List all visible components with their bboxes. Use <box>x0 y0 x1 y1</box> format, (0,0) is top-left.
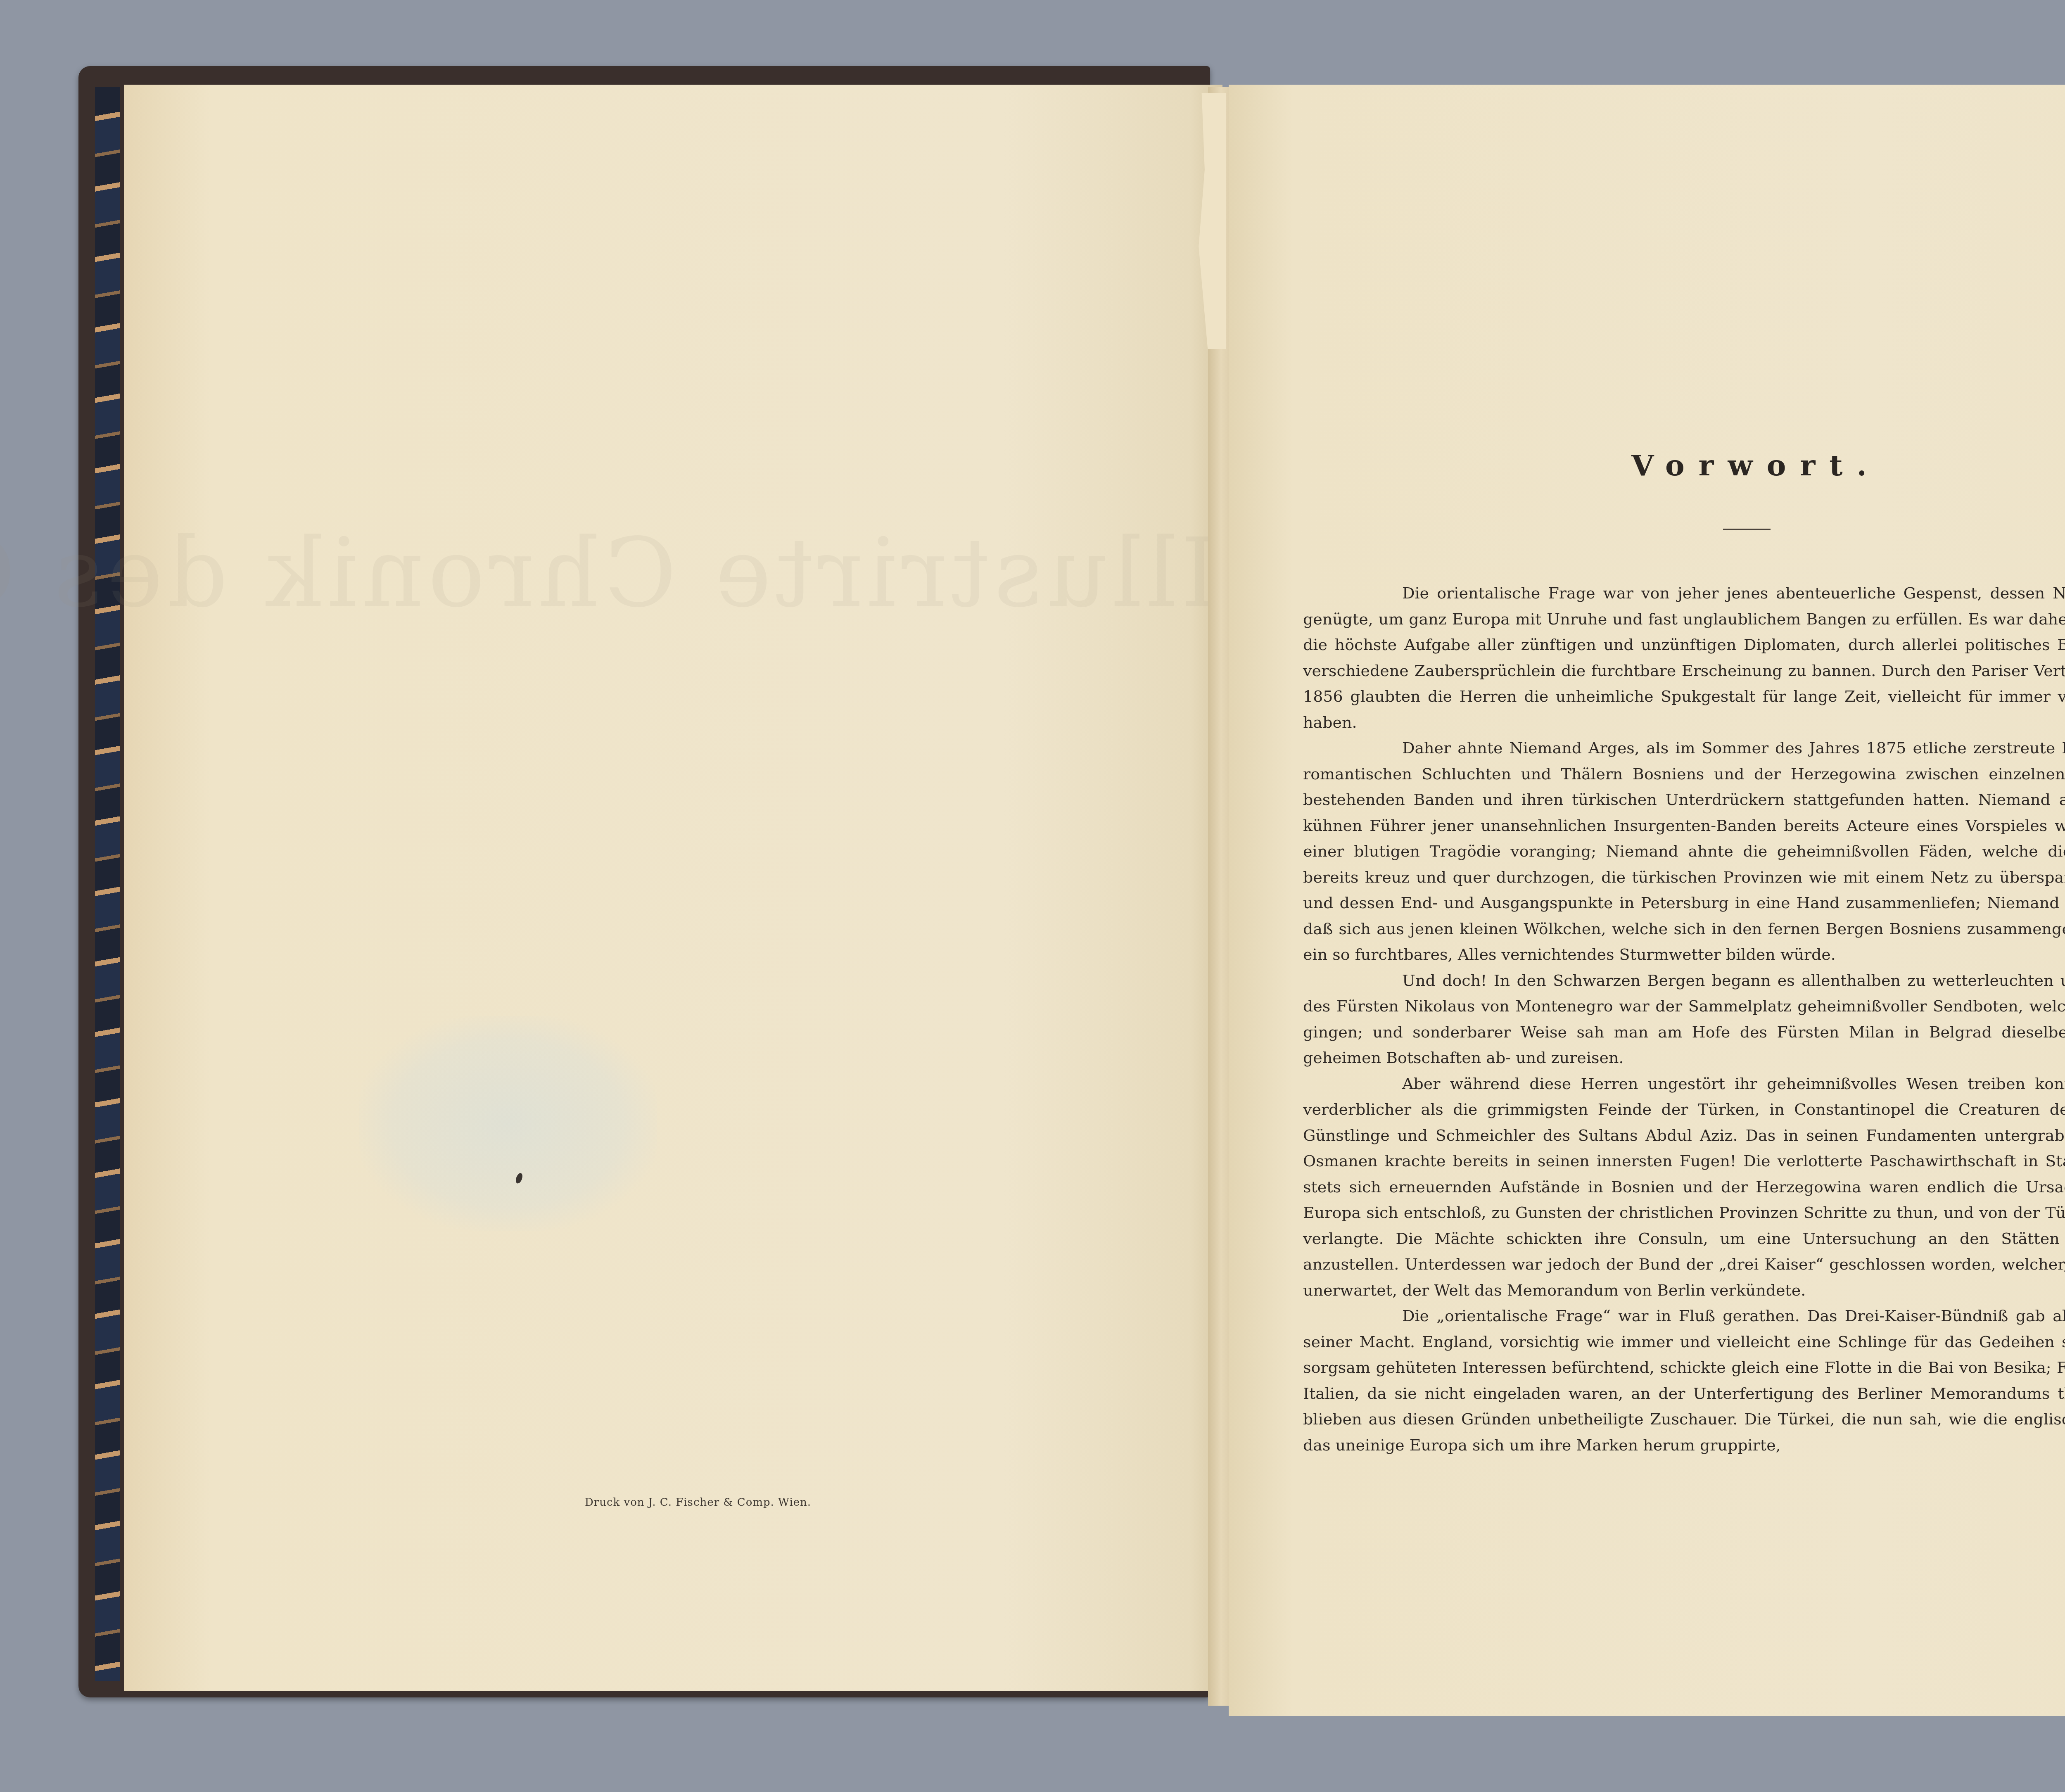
water-stain <box>359 1016 657 1231</box>
marbled-endpaper-edge <box>95 87 120 1681</box>
title-rule-divider <box>1723 529 1771 530</box>
paragraph-4: Aber während diese Herren ungestört ihr … <box>1303 1071 2065 1303</box>
preface-body: Die orientalische Frage war von jeher je… <box>1303 580 2065 1458</box>
paragraph-2: Daher ahnte Niemand Arges, als im Sommer… <box>1303 735 2065 968</box>
printer-imprint: Druck von J. C. Fischer & Comp. Wien. <box>454 1496 942 1509</box>
paragraph-1: Die orientalische Frage war von jeher je… <box>1303 580 2065 735</box>
paragraph-5: Die „orientalische Frage“ war in Fluß ge… <box>1303 1303 2065 1458</box>
page-title: Vorwort. <box>1631 448 1797 482</box>
show-through-title: Illustrirte Chronik des Orientalischen K… <box>516 518 1218 626</box>
paragraph-3: Und doch! In den Schwarzen Bergen begann… <box>1303 968 2065 1071</box>
left-page: Illustrirte Chronik des Orientalischen K… <box>124 85 1222 1691</box>
